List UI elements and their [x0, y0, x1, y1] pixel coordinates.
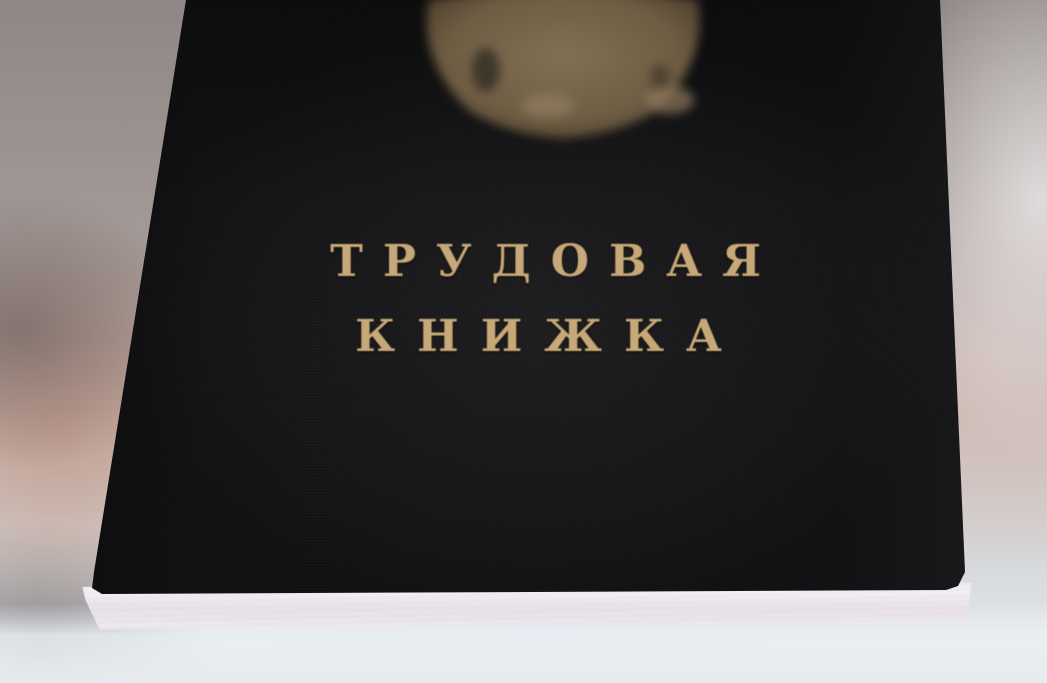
- photo-scene: ТРУДОВАЯ КНИЖКА: [0, 0, 1047, 683]
- cover-title-line-2: КНИЖКА: [0, 311, 1047, 362]
- cover-title-line-1: ТРУДОВАЯ: [0, 236, 1047, 287]
- coat-of-arms-emblem-icon: [398, 0, 728, 140]
